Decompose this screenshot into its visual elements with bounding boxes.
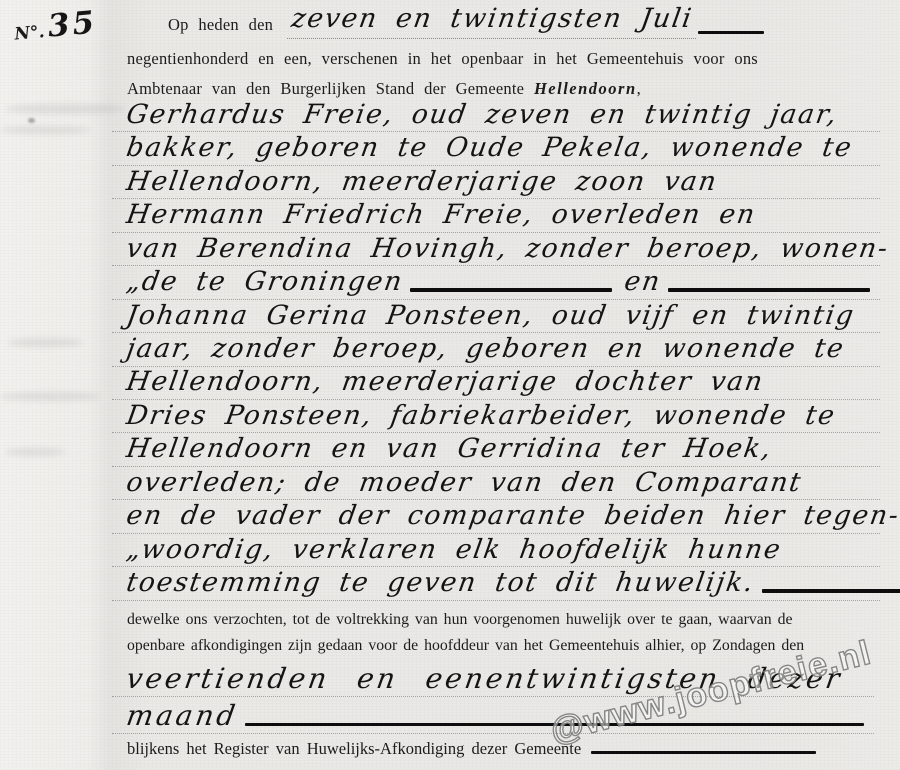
handwritten-text: Hellendoorn, meerderjarige zoon van bbox=[124, 169, 720, 199]
handwritten-line: en de vader der comparante beiden hier t… bbox=[112, 500, 880, 533]
handwritten-line: Hellendoorn en van Gerridina ter Hoek, bbox=[112, 433, 880, 466]
municipality-name: Hellendoorn bbox=[534, 79, 637, 98]
handwritten-text: Gerhardus Freie, oud zeven en twintig ja… bbox=[124, 102, 840, 132]
margin-smudge bbox=[0, 126, 90, 134]
margin-smudge bbox=[8, 338, 83, 347]
handwritten-line: toestemming te geven tot dit huwelijk. bbox=[112, 567, 880, 600]
handwritten-line: Dries Ponsteen, fabriekarbeider, wonende… bbox=[112, 400, 880, 433]
handwritten-text: Hellendoorn, meerderjarige dochter van bbox=[124, 369, 766, 399]
handwritten-text: en de vader der comparante beiden hier t… bbox=[124, 503, 900, 533]
date-handwritten: zeven en twintigsten Juli bbox=[287, 6, 696, 39]
date-fill-rule bbox=[698, 31, 764, 34]
opening-line-3-suffix: , bbox=[637, 79, 641, 98]
handwritten-line: Hermann Friedrich Freie, overleden en bbox=[112, 199, 880, 232]
closing-line-2: openbare afkondigingen zijn gedaan voor … bbox=[127, 633, 872, 659]
handwritten-line: van Berendina Hovingh, zonder beroep, wo… bbox=[112, 233, 880, 266]
scanned-marriage-record: N°. 35 Op heden den zeven en twintigsten… bbox=[0, 0, 900, 770]
handwritten-line: bakker, geboren te Oude Pekela, wonende … bbox=[112, 132, 880, 165]
margin-smudge bbox=[28, 118, 35, 123]
handwritten-text: Hermann Friedrich Freie, overleden en bbox=[124, 202, 758, 232]
act-number-prefix: N°. bbox=[14, 22, 46, 45]
handwritten-line: jaar, zonder beroep, geboren en wonende … bbox=[112, 333, 880, 366]
opening-line-2: negentienhonderd en een, verschenen in h… bbox=[127, 49, 758, 69]
ink-fill-rule bbox=[668, 288, 870, 291]
date-label: Op heden den bbox=[168, 15, 273, 39]
handwritten-text: „de te Groningen bbox=[124, 269, 405, 299]
handwritten-text: jaar, zonder beroep, geboren en wonende … bbox=[124, 336, 847, 366]
date-row: Op heden den zeven en twintigsten Juli bbox=[168, 6, 764, 39]
handwritten-text: toestemming te geven tot dit huwelijk. bbox=[124, 570, 756, 600]
margin-smudge bbox=[5, 448, 65, 456]
register-label: blijkens het Register van Huwelijks-Afko… bbox=[127, 739, 581, 759]
handwritten-text: „woordig, verklaren elk hoofdelijk hunne bbox=[124, 537, 784, 567]
handwritten-text: bakker, geboren te Oude Pekela, wonende … bbox=[124, 135, 855, 165]
register-row: blijkens het Register van Huwelijks-Afko… bbox=[127, 739, 872, 759]
act-number-value: 35 bbox=[46, 4, 98, 44]
handwritten-line: „woordig, verklaren elk hoofdelijk hunne bbox=[112, 534, 880, 567]
date-handwritten-text: zeven en twintigsten Juli bbox=[289, 6, 695, 36]
margin-smudge bbox=[5, 104, 125, 114]
handwritten-body: Gerhardus Freie, oud zeven en twintig ja… bbox=[112, 99, 880, 601]
handwritten-line: Hellendoorn, meerderjarige zoon van bbox=[112, 166, 880, 199]
ink-fill-rule bbox=[410, 288, 612, 291]
act-number: N°. 35 bbox=[13, 4, 99, 47]
handwritten-line: overleden; de moeder van den Comparant bbox=[112, 467, 880, 500]
register-fill-rule bbox=[591, 751, 816, 754]
handwritten-line: „de te Groningenen bbox=[112, 266, 880, 299]
ink-fill-rule bbox=[762, 589, 900, 592]
handwritten-line: Johanna Gerina Ponsteen, oud vijf en twi… bbox=[112, 300, 880, 333]
handwritten-text: maand bbox=[124, 702, 240, 733]
closing-block: dewelke ons verzochten, tot de voltrekki… bbox=[127, 607, 872, 659]
handwritten-text: Johanna Gerina Ponsteen, oud vijf en twi… bbox=[124, 303, 857, 333]
handwritten-text: Dries Ponsteen, fabriekarbeider, wonende… bbox=[124, 403, 838, 433]
handwritten-text: overleden; de moeder van den Comparant bbox=[124, 470, 804, 500]
handwritten-text: en bbox=[622, 269, 663, 299]
opening-line-3: Ambtenaar van den Burgerlijken Stand der… bbox=[127, 79, 641, 99]
handwritten-line: Gerhardus Freie, oud zeven en twintig ja… bbox=[112, 99, 880, 132]
handwritten-text: van Berendina Hovingh, zonder beroep, wo… bbox=[124, 236, 891, 266]
opening-line-3-prefix: Ambtenaar van den Burgerlijken Stand der… bbox=[127, 79, 534, 98]
handwritten-line: maand bbox=[112, 697, 874, 735]
closing-line-1: dewelke ons verzochten, tot de voltrekki… bbox=[127, 607, 872, 633]
handwritten-line: Hellendoorn, meerderjarige dochter van bbox=[112, 367, 880, 400]
handwritten-text: Hellendoorn en van Gerridina ter Hoek, bbox=[124, 436, 774, 466]
margin-smudge bbox=[0, 392, 100, 401]
